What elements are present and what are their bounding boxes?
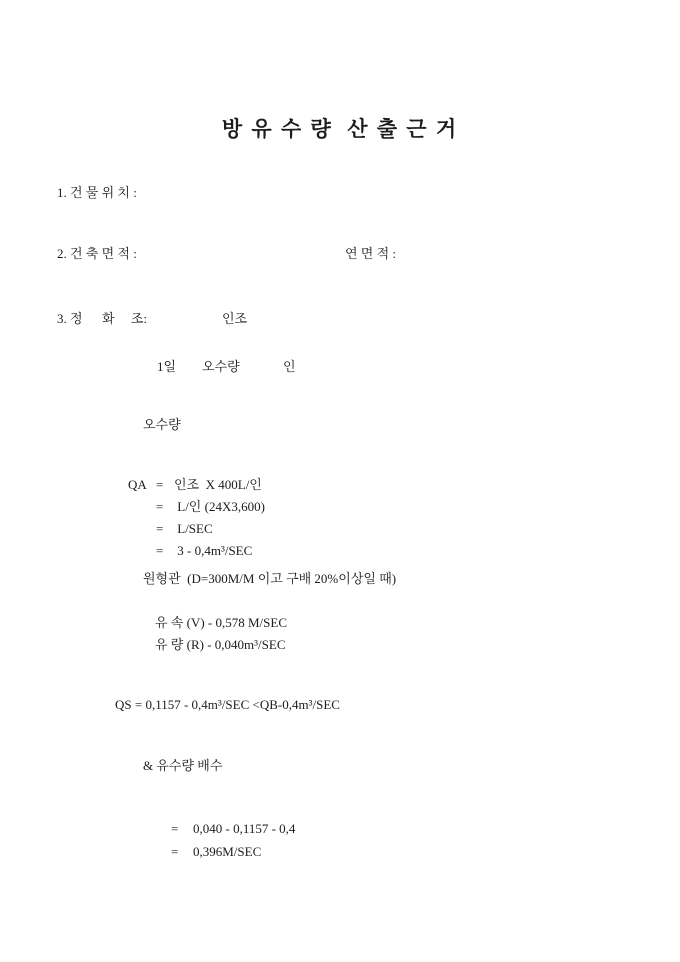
- qa-formula-line: = 3 - 0,4m³/SEC: [115, 527, 252, 575]
- multiplier-heading: & 유수량 배수: [143, 758, 222, 774]
- equals-sign: =: [171, 844, 193, 860]
- velocity-line: 유 속 (V) - 0,578 M/SEC: [155, 615, 287, 631]
- daily-prefix: 1일: [157, 356, 176, 375]
- equation-rhs: 3 - 0,4m³/SEC: [174, 543, 252, 558]
- septic-tank-value: 인조: [222, 311, 247, 327]
- flow-line: 유 량 (R) - 0,040m³/SEC: [155, 637, 286, 653]
- document-page: 방 유 수 량 산 출 근 거 1. 건 물 위 치 : 2. 건 축 면 적 …: [0, 0, 680, 962]
- total-floor-area-label: 연 면 적 :: [345, 246, 396, 262]
- pipe-note: 원형관 (D=300M/M 이고 구배 20%이상일 때): [143, 571, 396, 587]
- qs-line: QS = 0,1157 - 0,4m³/SEC <QB-0,4m³/SEC: [115, 697, 340, 713]
- equals-sign: =: [156, 543, 174, 559]
- building-location-label: 1. 건 물 위 치 :: [57, 185, 137, 201]
- sewage-heading: 오수량: [143, 417, 181, 433]
- result-value: 0,396M/SEC: [193, 844, 261, 859]
- result-line: =0,396M/SEC: [158, 828, 261, 876]
- daily-sewage-row: 1일 오수량 인: [0, 356, 680, 372]
- septic-tank-label: 3. 정 화 조:: [57, 311, 147, 327]
- daily-sewage-label: 오수량: [202, 356, 240, 375]
- document-title: 방 유 수 량 산 출 근 거: [0, 113, 680, 143]
- building-area-label: 2. 건 축 면 적 :: [57, 246, 137, 262]
- daily-unit: 인: [283, 356, 296, 375]
